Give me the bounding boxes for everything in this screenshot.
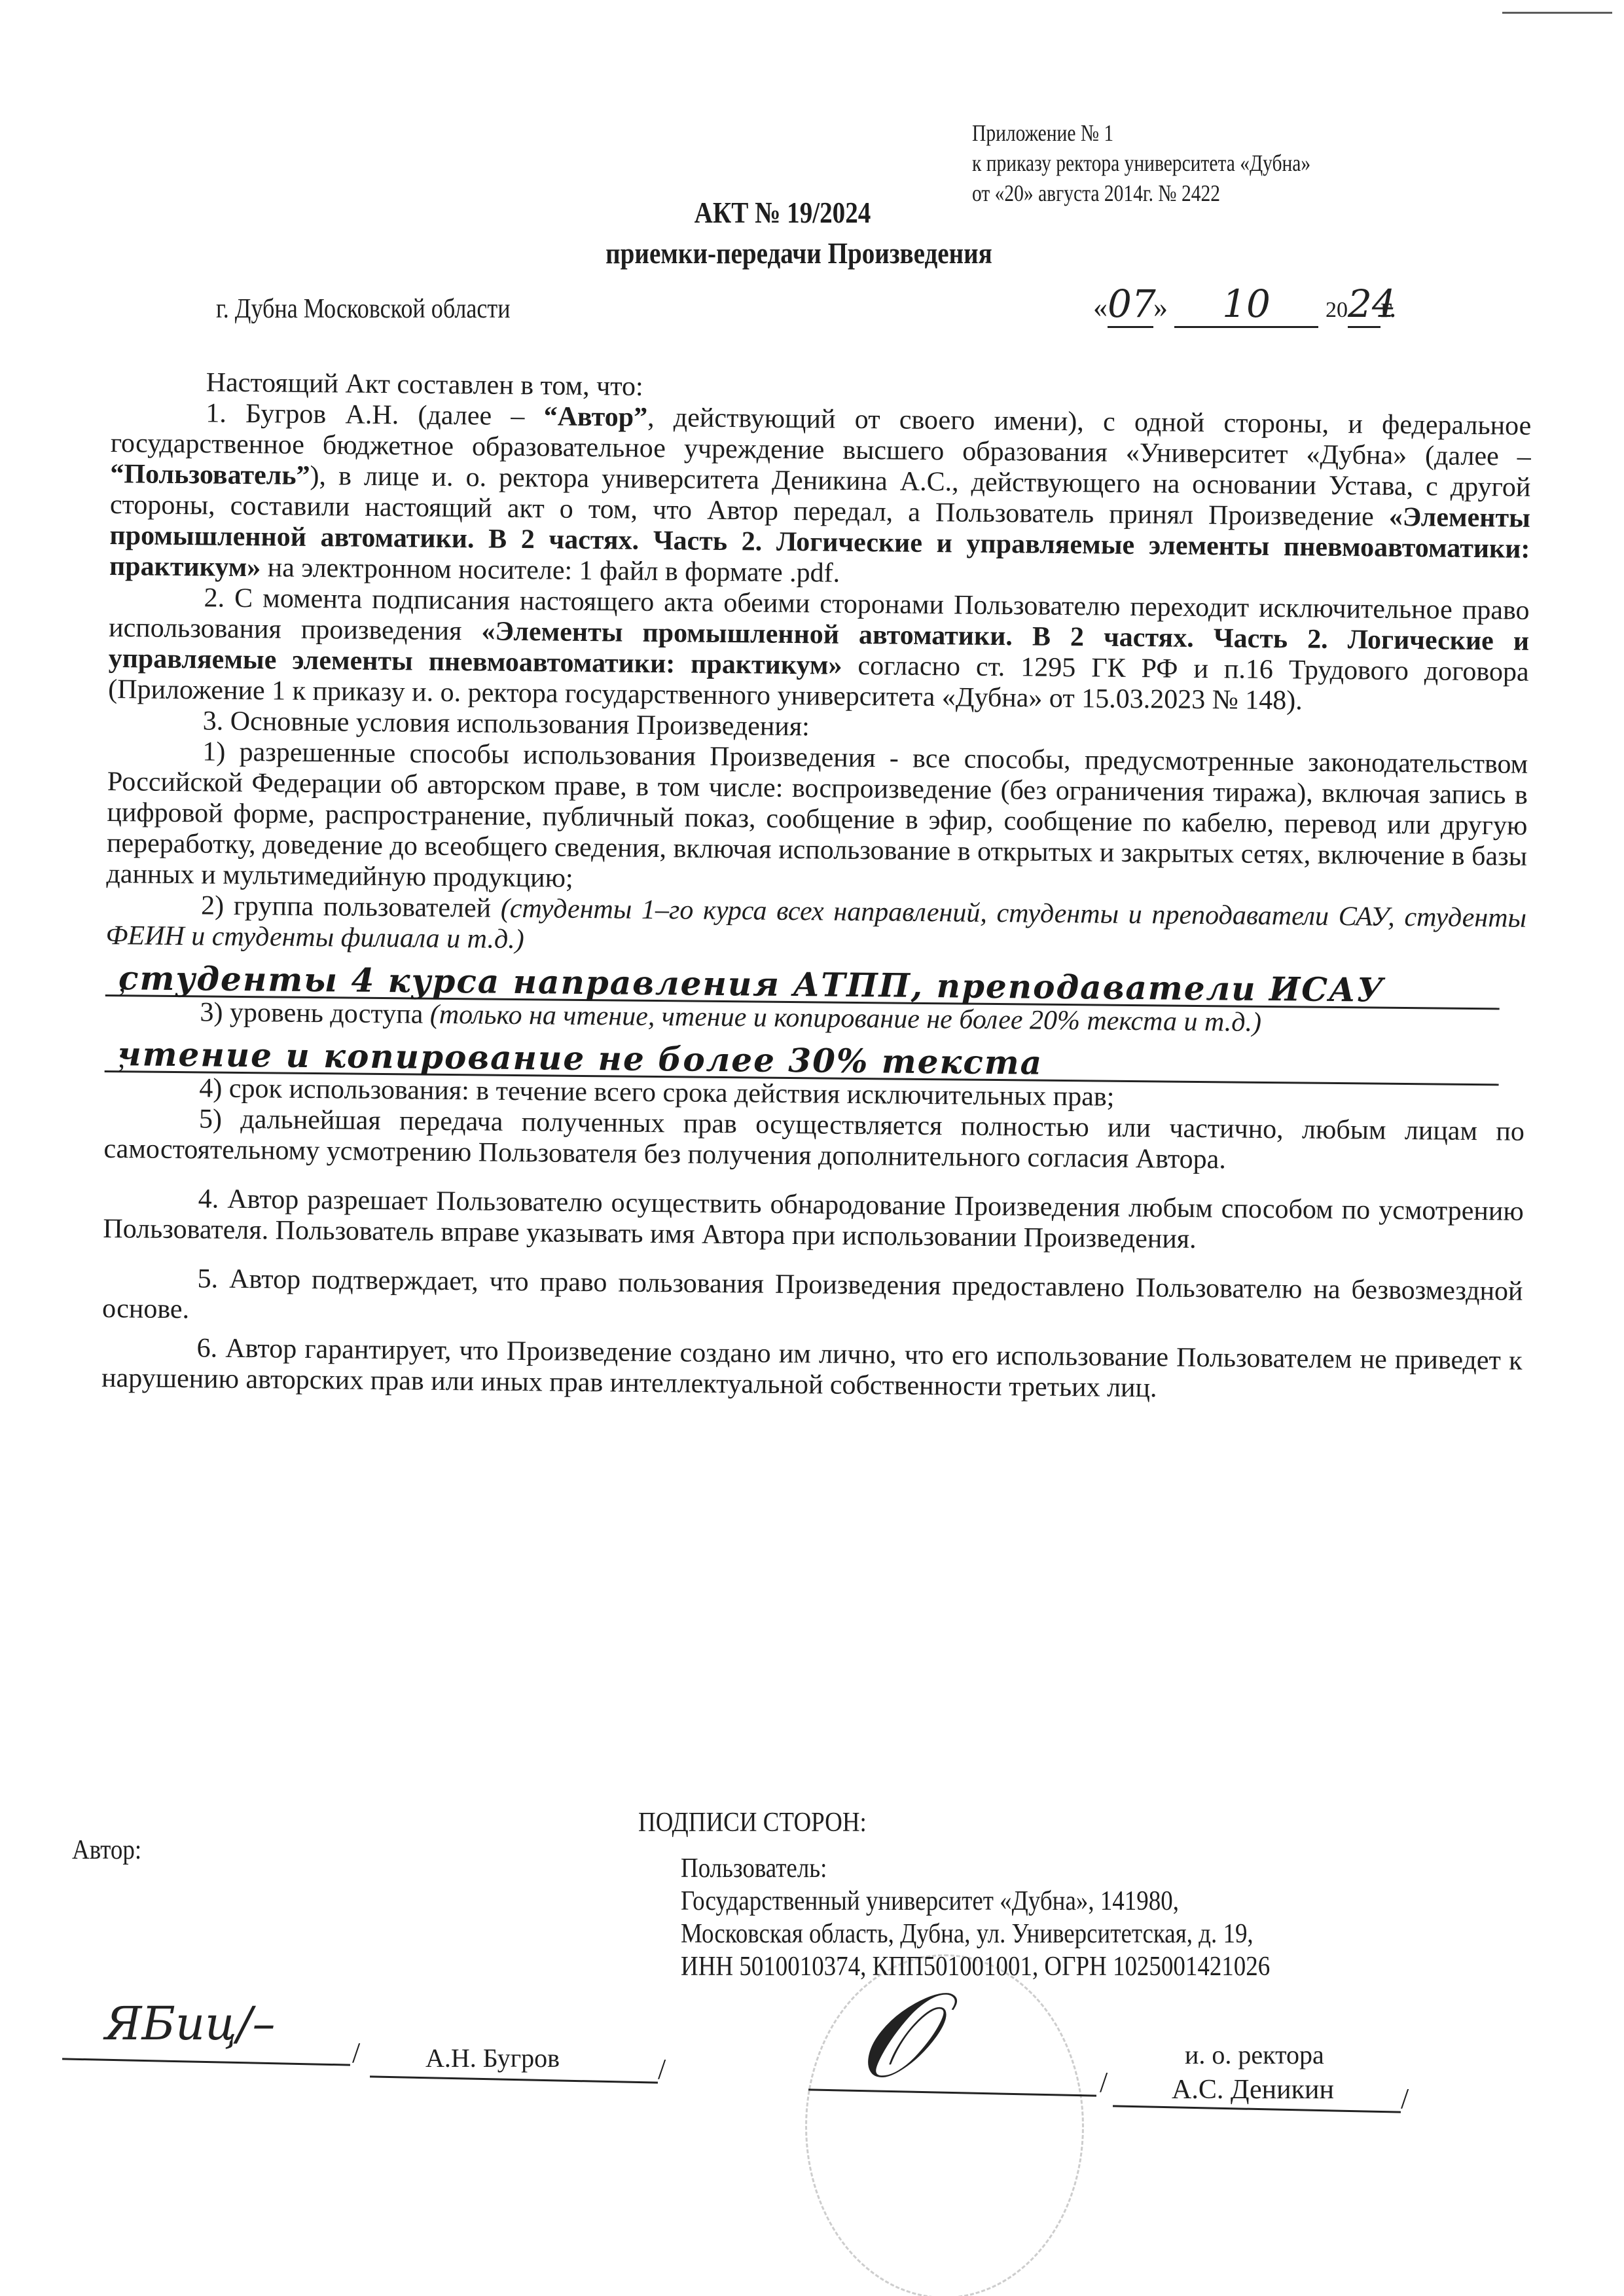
clause-2: 2. С момента подписания настоящего акта … <box>108 582 1530 719</box>
author-term: “Автор” <box>543 401 647 433</box>
signatures-heading: ПОДПИСИ СТОРОН: <box>638 1807 867 1838</box>
signature-slash: / <box>658 2052 666 2086</box>
user-term: “Пользователь” <box>110 459 310 491</box>
item-3-label: 3) уровень доступа <box>200 997 430 1029</box>
date-month-handwritten: 10 <box>1174 282 1318 328</box>
clause-1-text-c: ), в лице и. о. ректора университета Ден… <box>110 461 1531 532</box>
date-year-handwritten: 24 <box>1348 282 1380 328</box>
date-day-handwritten: 07 <box>1108 282 1153 328</box>
org-registration-line: ИНН 5010010374, КПП501001001, ОГРН 10250… <box>681 1951 1270 1982</box>
date-close-quote: » <box>1153 291 1168 323</box>
appendix-line-2: к приказу ректора университета «Дубна» <box>972 148 1310 178</box>
clause-6: 6. Автор гарантирует, что Произведение с… <box>101 1332 1523 1408</box>
act-date: «07»10 2024г. <box>1093 282 1396 328</box>
signature-slash: / <box>1100 2066 1108 2099</box>
item-2-label: 2) группа пользователей <box>201 890 501 923</box>
act-number-title: АКТ № 19/2024 <box>92 195 1473 230</box>
appendix-line-1: Приложение № 1 <box>972 118 1310 148</box>
date-year-mark: г. <box>1380 291 1396 323</box>
author-handwritten-signature: ЯБиц/– <box>105 1997 275 2050</box>
clause-1-text-d: на электронном носителе: 1 файл в формат… <box>261 553 840 588</box>
rector-position: и. о. ректора <box>1185 2039 1324 2070</box>
author-name: А.Н. Бугров <box>425 2043 560 2073</box>
author-label: Автор: <box>72 1834 141 1866</box>
scan-artifact-line <box>1502 12 1612 14</box>
org-name-line: Государственный университет «Дубна», 141… <box>681 1886 1179 1917</box>
signature-slash: / <box>352 2036 360 2069</box>
act-body: Настоящий Акт составлен в том, что: 1. Б… <box>101 367 1532 1408</box>
date-open-quote: « <box>1093 291 1108 323</box>
clause-3-item-1: 1) разрешенные способы использования Про… <box>106 736 1528 903</box>
clause-1: 1. Бугров А.Н. (далее – “Автор”, действу… <box>109 397 1532 596</box>
date-year-prefix: 20 <box>1326 298 1348 322</box>
org-address-line: Московская область, Дубна, ул. Университ… <box>681 1918 1254 1950</box>
act-subtitle: приемки-передачи Произведения <box>109 236 1489 270</box>
clause-1-text-a: 1. Бугров А.Н. (далее – <box>206 398 544 431</box>
rector-handwritten-signature: 𝒪 <box>857 1977 931 2095</box>
place-of-signing: г. Дубна Московской области <box>216 293 511 325</box>
document-page: Приложение № 1 к приказу ректора универс… <box>0 0 1624 2296</box>
signature-slash: / <box>1401 2082 1409 2115</box>
user-label: Пользователь: <box>681 1853 827 1884</box>
rector-name: А.С. Деникин <box>1172 2074 1334 2105</box>
